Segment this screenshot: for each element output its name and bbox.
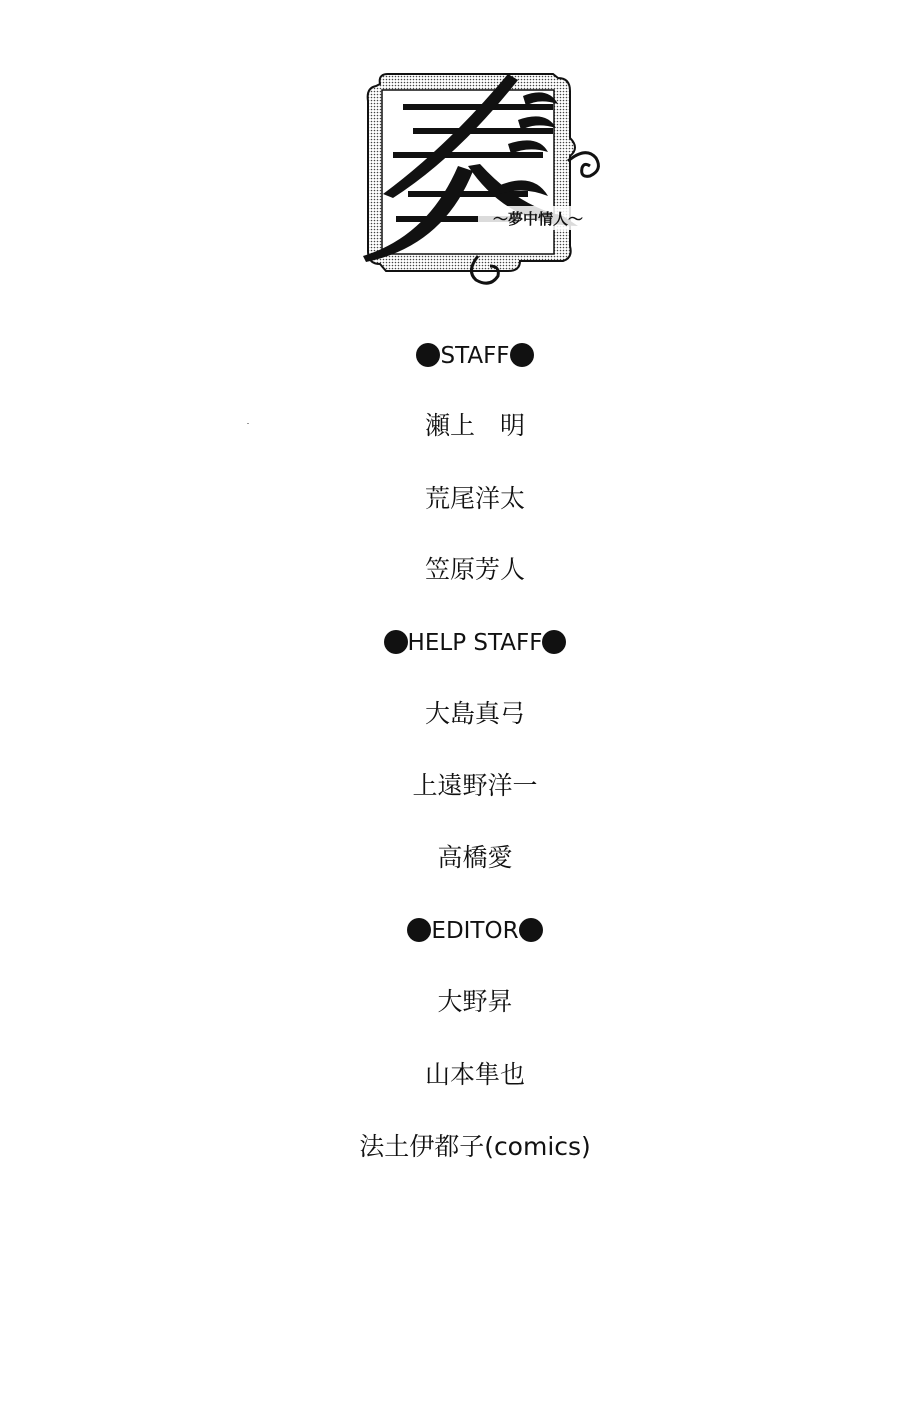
- section-header-label: EDITOR: [431, 918, 518, 944]
- bullet-dot-icon: [407, 918, 431, 942]
- credit-name: 荒尾洋太: [0, 484, 911, 514]
- section-header-help-staff: HELP STAFF: [0, 628, 911, 658]
- title-logo: 〜夢中情人〜: [358, 66, 603, 291]
- credit-name: 法土伊都子(comics): [0, 1132, 911, 1162]
- bullet-dot-icon: [416, 343, 440, 367]
- ornate-frame-icon: 〜夢中情人〜: [358, 66, 603, 291]
- credit-name: 大島真弓: [0, 699, 911, 729]
- section-header-editor: EDITOR: [0, 916, 911, 946]
- credit-name: 瀬上 明: [0, 411, 911, 441]
- bullet-dot-icon: [542, 630, 566, 654]
- credit-name: 高橋愛: [0, 843, 911, 873]
- credit-name: 山本隼也: [0, 1060, 911, 1090]
- bullet-dot-icon: [510, 343, 534, 367]
- credit-name: 大野昇: [0, 987, 911, 1017]
- bullet-dot-icon: [519, 918, 543, 942]
- logo-subtitle: 〜夢中情人〜: [493, 210, 583, 228]
- section-header-label: HELP STAFF: [408, 630, 543, 656]
- section-header-staff: STAFF: [0, 341, 911, 371]
- bullet-dot-icon: [384, 630, 408, 654]
- scan-speck: [247, 423, 249, 424]
- credit-name: 笠原芳人: [0, 555, 911, 585]
- section-header-label: STAFF: [440, 343, 509, 369]
- credit-name: 上遠野洋一: [0, 771, 911, 801]
